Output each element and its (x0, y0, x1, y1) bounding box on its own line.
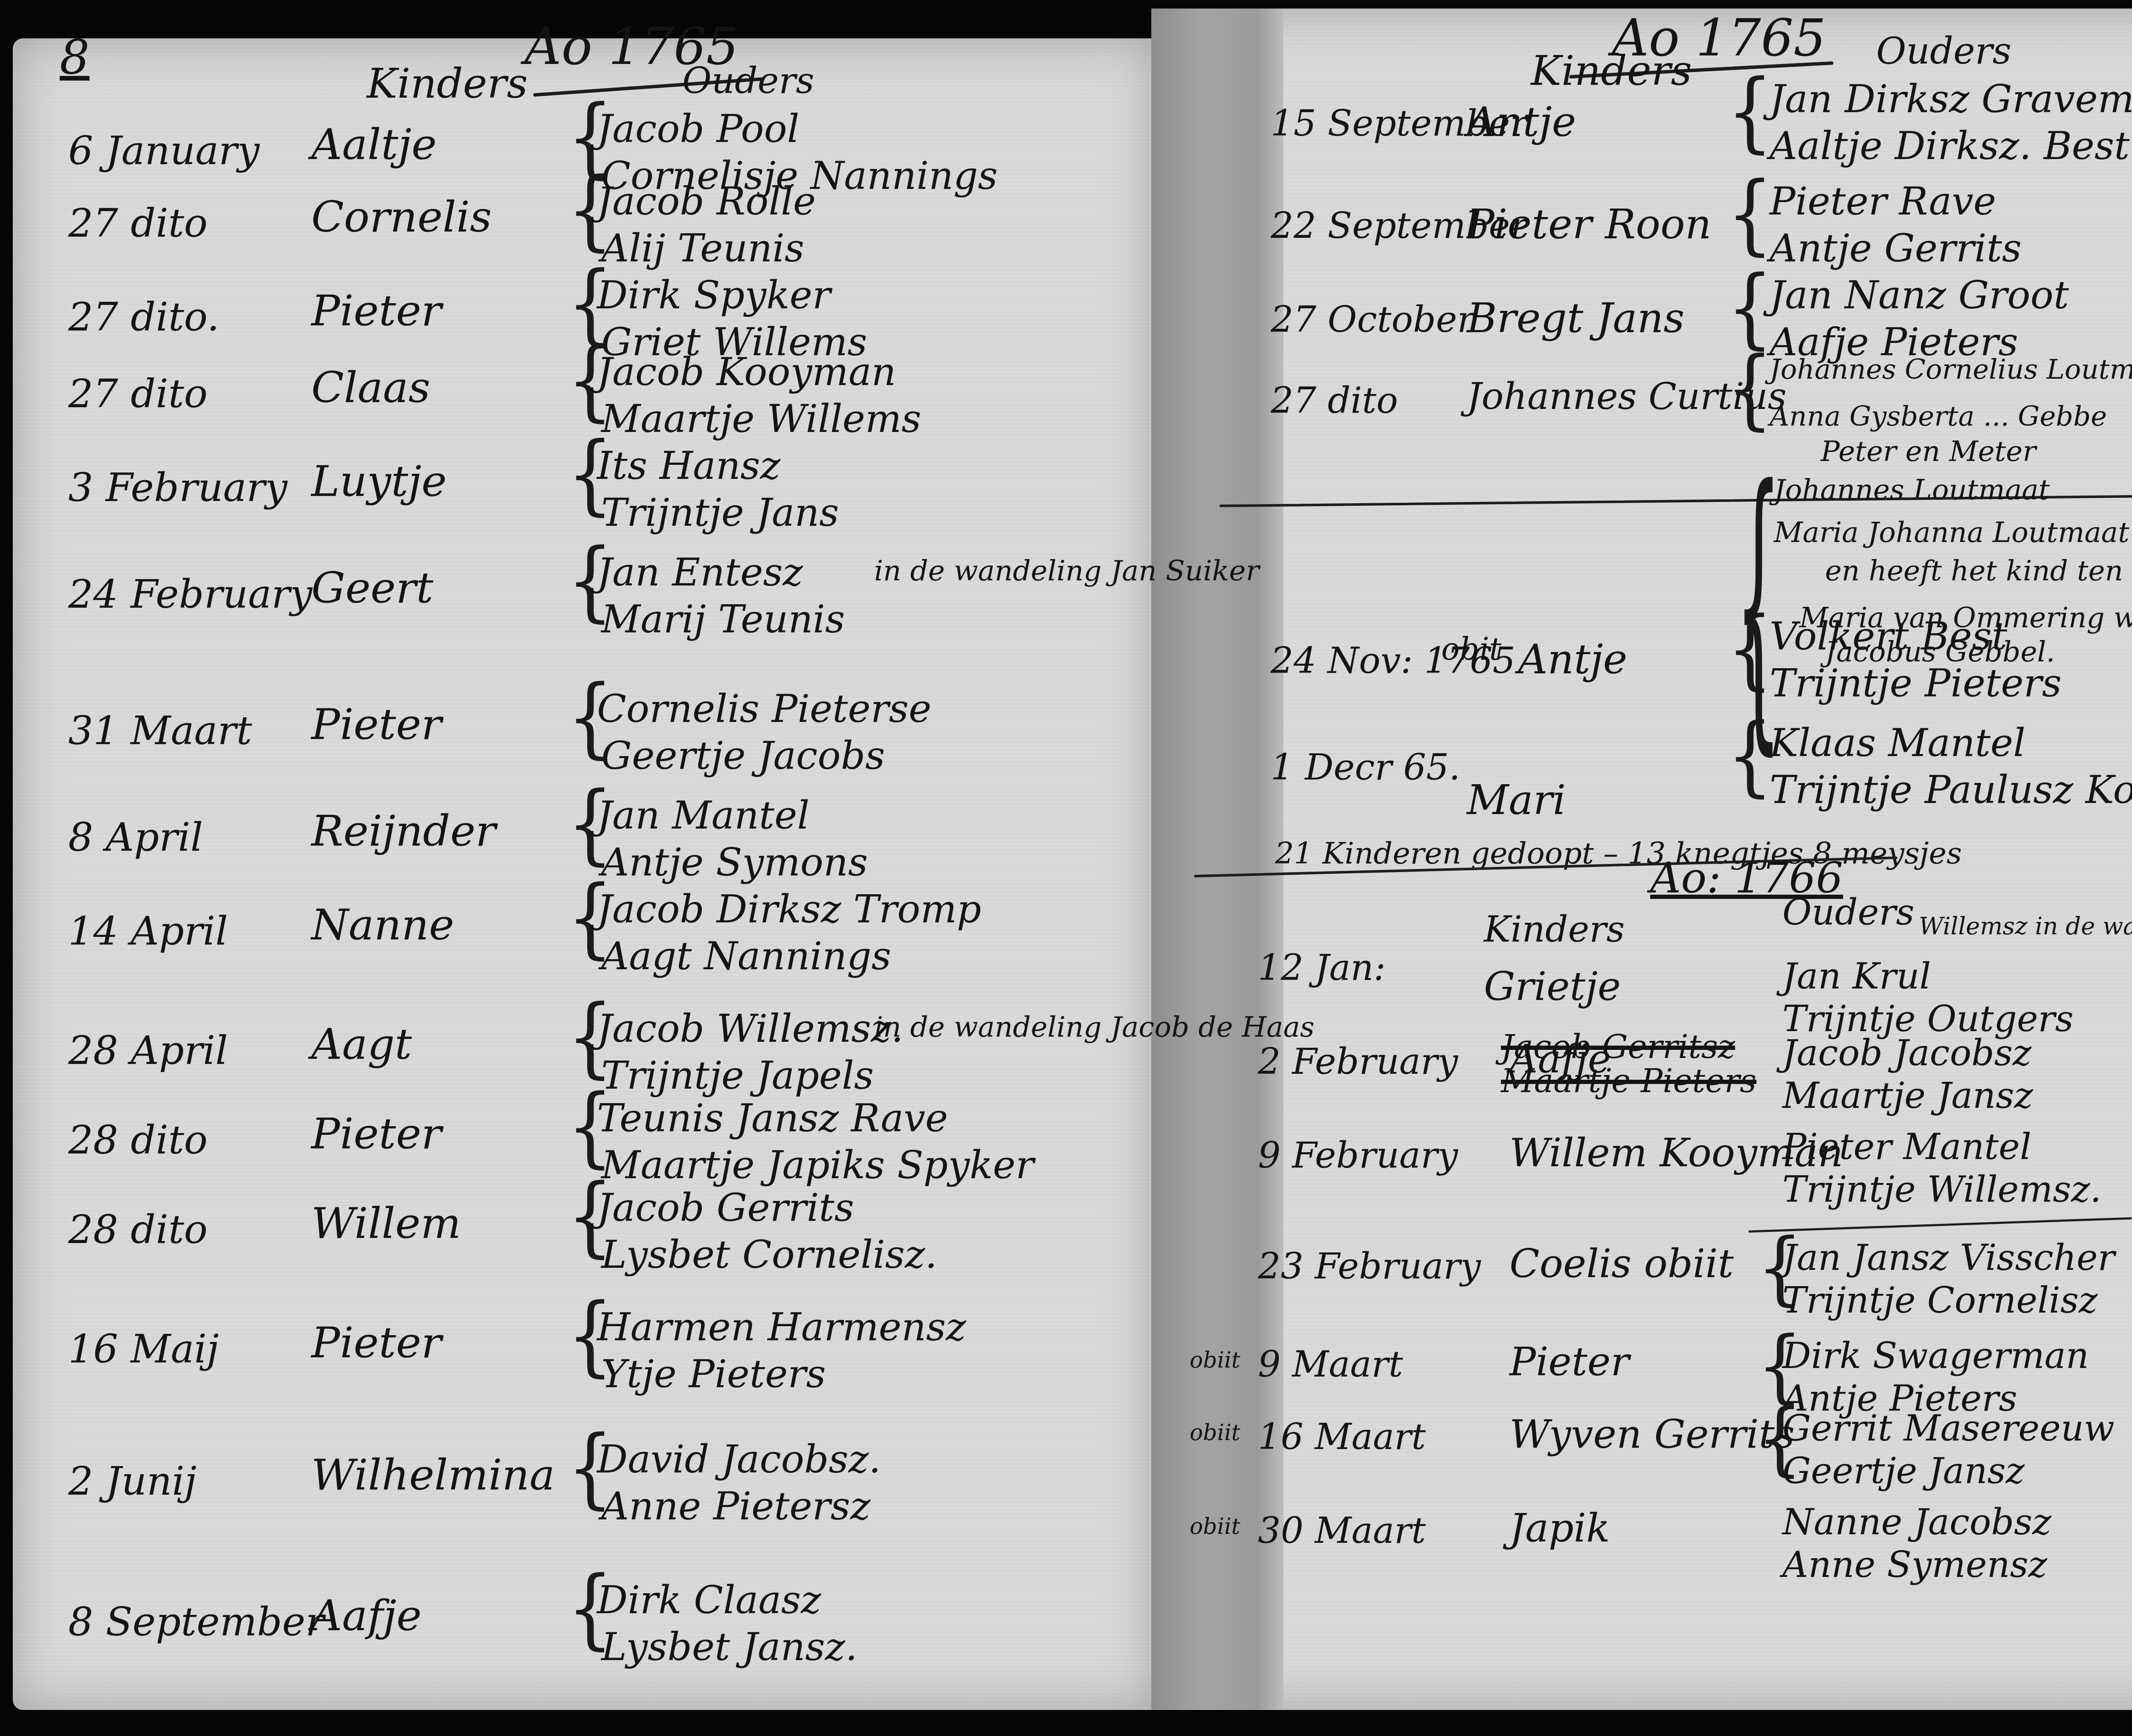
father-name: Jacob Rolle (597, 179, 816, 224)
father-name: Nanne Jacobsz (1782, 1501, 2051, 1543)
mother-name: Lysbet Cornelisz. (601, 1232, 937, 1277)
entry-date: 24 February (68, 571, 312, 617)
mother-name: Trijntje Japels (601, 1053, 874, 1098)
mother-name: Geertje Jacobs (601, 733, 885, 778)
father-name: Dirk Claasz (597, 1578, 821, 1623)
entry-date: 8 April (68, 814, 203, 860)
mother-name: Marij Teunis (601, 597, 845, 642)
mother-name: Aaltje Dirksz. Best (1770, 124, 2129, 168)
father-name: Jan Mantel (597, 793, 809, 838)
father-name: Pieter Mantel (1782, 1126, 2031, 1168)
column-parents-left: Ouders (682, 60, 814, 101)
column-children-left: Kinders (367, 60, 528, 107)
child-name: Mari (1467, 776, 1566, 824)
child-name: Reijnder (311, 806, 496, 856)
entry-date: 28 dito (68, 1117, 208, 1163)
father-name: Jan Nanz Groot (1770, 273, 2069, 318)
father-name: Jacob Pool (597, 107, 799, 151)
entry-date: 31 Maart (68, 708, 252, 754)
entry-date: 9 Maart (1258, 1343, 1403, 1385)
obit-mark: obiit (1190, 1420, 1240, 1446)
father-name: Jacob Jacobsz (1782, 1032, 2031, 1074)
child-name: Wilhelmina (311, 1450, 555, 1500)
page-number-left: 8 (60, 30, 90, 84)
entry-date: 28 dito (68, 1207, 208, 1252)
brace-mark: { (1727, 171, 1773, 258)
child-name: Pieter Roon (1467, 200, 1712, 248)
father-name: Jan Krul (1782, 955, 1931, 997)
father-name: Jacob Dirksz Tromp (597, 887, 981, 932)
child-name: Aafje (311, 1591, 422, 1640)
father-name: Gerrit Masereeuw (1782, 1407, 2115, 1449)
mother-name: Geertje Jansz (1782, 1450, 2025, 1492)
father-alias: in de wandeling Jacob de Haas (874, 1011, 1315, 1043)
entry-date: 2 February (1258, 1040, 1458, 1082)
father-name: Jacob Willemsz. (597, 1006, 904, 1051)
entry-date: 2 Junij (68, 1458, 197, 1504)
father-alias: Willemsz in de wandeling (1919, 913, 2132, 940)
child-name: Japik (1509, 1505, 1610, 1551)
father-name: Jan Entesz (597, 550, 803, 595)
mother-name: Aagt Nannings (601, 934, 891, 979)
father-name: Jan Dirksz Gravemaker (1770, 77, 2132, 122)
mother-name: Maartje Japiks Spyker (601, 1143, 1034, 1188)
brace-mark: { (1727, 606, 1773, 693)
father-name: Harmen Harmensz (597, 1305, 966, 1350)
child-name: Cornelis (311, 192, 492, 242)
entry-date: 3 February (68, 465, 287, 510)
obit-mark: obit (1441, 631, 1501, 667)
mother-name: Antje Gerrits (1770, 226, 2022, 271)
child-name: Nanne (311, 900, 454, 950)
mother-name: Maartje Willems (601, 397, 921, 441)
child-name: Pieter (1509, 1339, 1629, 1385)
mother-name: Anne Symensz (1782, 1544, 2047, 1585)
child-name: Grietje (1484, 964, 1621, 1009)
entry-date: 1 Decr 65. (1271, 746, 1460, 788)
father-name: Johannes Cornelius Loutmaat (1770, 354, 2132, 385)
witness-line: Maria Johanna Loutmaat geboren Vedel (1774, 516, 2132, 549)
father-alias: in de wandeling Jan Suiker (874, 554, 1259, 587)
mother-name: Anne Pietersz (601, 1484, 870, 1529)
father-name: Teunis Jansz Rave (597, 1096, 948, 1141)
entry-date: 27 dito (68, 200, 208, 246)
obit-mark: obiit (1190, 1514, 1240, 1539)
entry-date: 23 February (1258, 1245, 1481, 1287)
mother-name: Antje Symons (601, 840, 868, 885)
father-name: Pieter Rave (1770, 179, 1996, 224)
column-children-1766: Kinders (1484, 908, 1625, 950)
child-name: Pieter (311, 1318, 442, 1368)
mother-name: Trijntje Cornelisz (1782, 1279, 2097, 1321)
struck-name: Jacob Gerritsz (1501, 1028, 1735, 1066)
column-parents-right: Ouders (1876, 30, 2011, 72)
witness-line: Johannes Loutmaat (1774, 473, 2050, 506)
child-name: Aaltje (311, 119, 437, 169)
brace-mark: { (1727, 68, 1773, 155)
entry-date: 12 Jan: (1258, 947, 1386, 988)
father-name: Dirk Spyker (597, 273, 831, 318)
father-name: Volkert Best (1770, 614, 2007, 659)
brace-mark: { (1727, 345, 1773, 432)
child-name: Willem (311, 1198, 461, 1248)
mother-name: Trijntje Paulusz Kooystra (1770, 768, 2132, 812)
mother-name: Lysbet Jansz. (601, 1625, 857, 1669)
child-name: Pieter (311, 699, 442, 749)
father-name: Its Hansz (597, 443, 780, 488)
father-name: Jacob Gerrits (597, 1185, 854, 1230)
entry-date: 27 dito. (68, 294, 220, 340)
entry-date: 16 Maart (1258, 1416, 1426, 1458)
column-children-right: Kinders (1531, 47, 1692, 95)
mother-name: Anna Gysberta ... Gebbe (1770, 401, 2107, 432)
entry-date: 14 April (68, 908, 228, 954)
entry-date: 27 dito (68, 371, 208, 417)
mother-name: Trijntje Willemsz. (1782, 1168, 2101, 1210)
sponsor-label: Peter en Meter (1821, 435, 2036, 468)
entry-date: 30 Maart (1258, 1510, 1426, 1551)
child-name: Antje (1467, 98, 1576, 146)
entry-date: 8 September (68, 1599, 324, 1645)
mother-name: Maartje Jansz (1782, 1075, 2033, 1116)
child-name: Geert (311, 563, 433, 613)
entry-date: 16 Maij (68, 1326, 219, 1372)
entry-date: 6 January (68, 128, 260, 174)
child-name: Wyven Gerrits (1509, 1411, 1795, 1457)
entry-date: 28 April (68, 1028, 228, 1073)
child-name: Aagt (311, 1019, 412, 1069)
father-name: Jan Jansz Visscher (1782, 1237, 2115, 1278)
child-name: Pieter (311, 1109, 442, 1159)
child-name: Claas (311, 362, 430, 412)
entry-date: 27 October (1271, 299, 1474, 340)
entry-date: 27 dito (1271, 380, 1398, 421)
child-name: Coelis obiit (1509, 1241, 1734, 1287)
child-name: Pieter (311, 286, 442, 336)
register-spread: 8 Ao 1765 Kinders Ouders 9 Ao 1765 Kinde… (0, 0, 2132, 1736)
child-name: Bregt Jans (1467, 294, 1685, 342)
mother-name: Alij Teunis (601, 226, 804, 271)
brace-mark: { (1727, 712, 1773, 799)
father-name: Cornelis Pieterse (597, 687, 931, 731)
mother-name: Ytje Pieters (601, 1352, 826, 1397)
mother-name: Trijntje Jans (601, 490, 839, 535)
column-parents-1766: Ouders (1782, 891, 1915, 933)
entry-date: 9 February (1258, 1134, 1458, 1176)
child-name: Antje (1518, 635, 1627, 683)
child-name: Luytje (311, 456, 447, 506)
obit-mark: obiit (1190, 1348, 1240, 1373)
father-name: Klaas Mantel (1770, 721, 2025, 765)
father-name: David Jacobsz. (597, 1437, 881, 1482)
mother-name: Trijntje Pieters (1770, 661, 2062, 706)
father-name: Jacob Kooyman (597, 350, 896, 394)
struck-name: Maartje Pieters (1501, 1062, 1756, 1100)
witness-line: en heeft het kind ten doop gehouden (1825, 554, 2132, 587)
father-name: Dirk Swagerman (1782, 1335, 2089, 1377)
